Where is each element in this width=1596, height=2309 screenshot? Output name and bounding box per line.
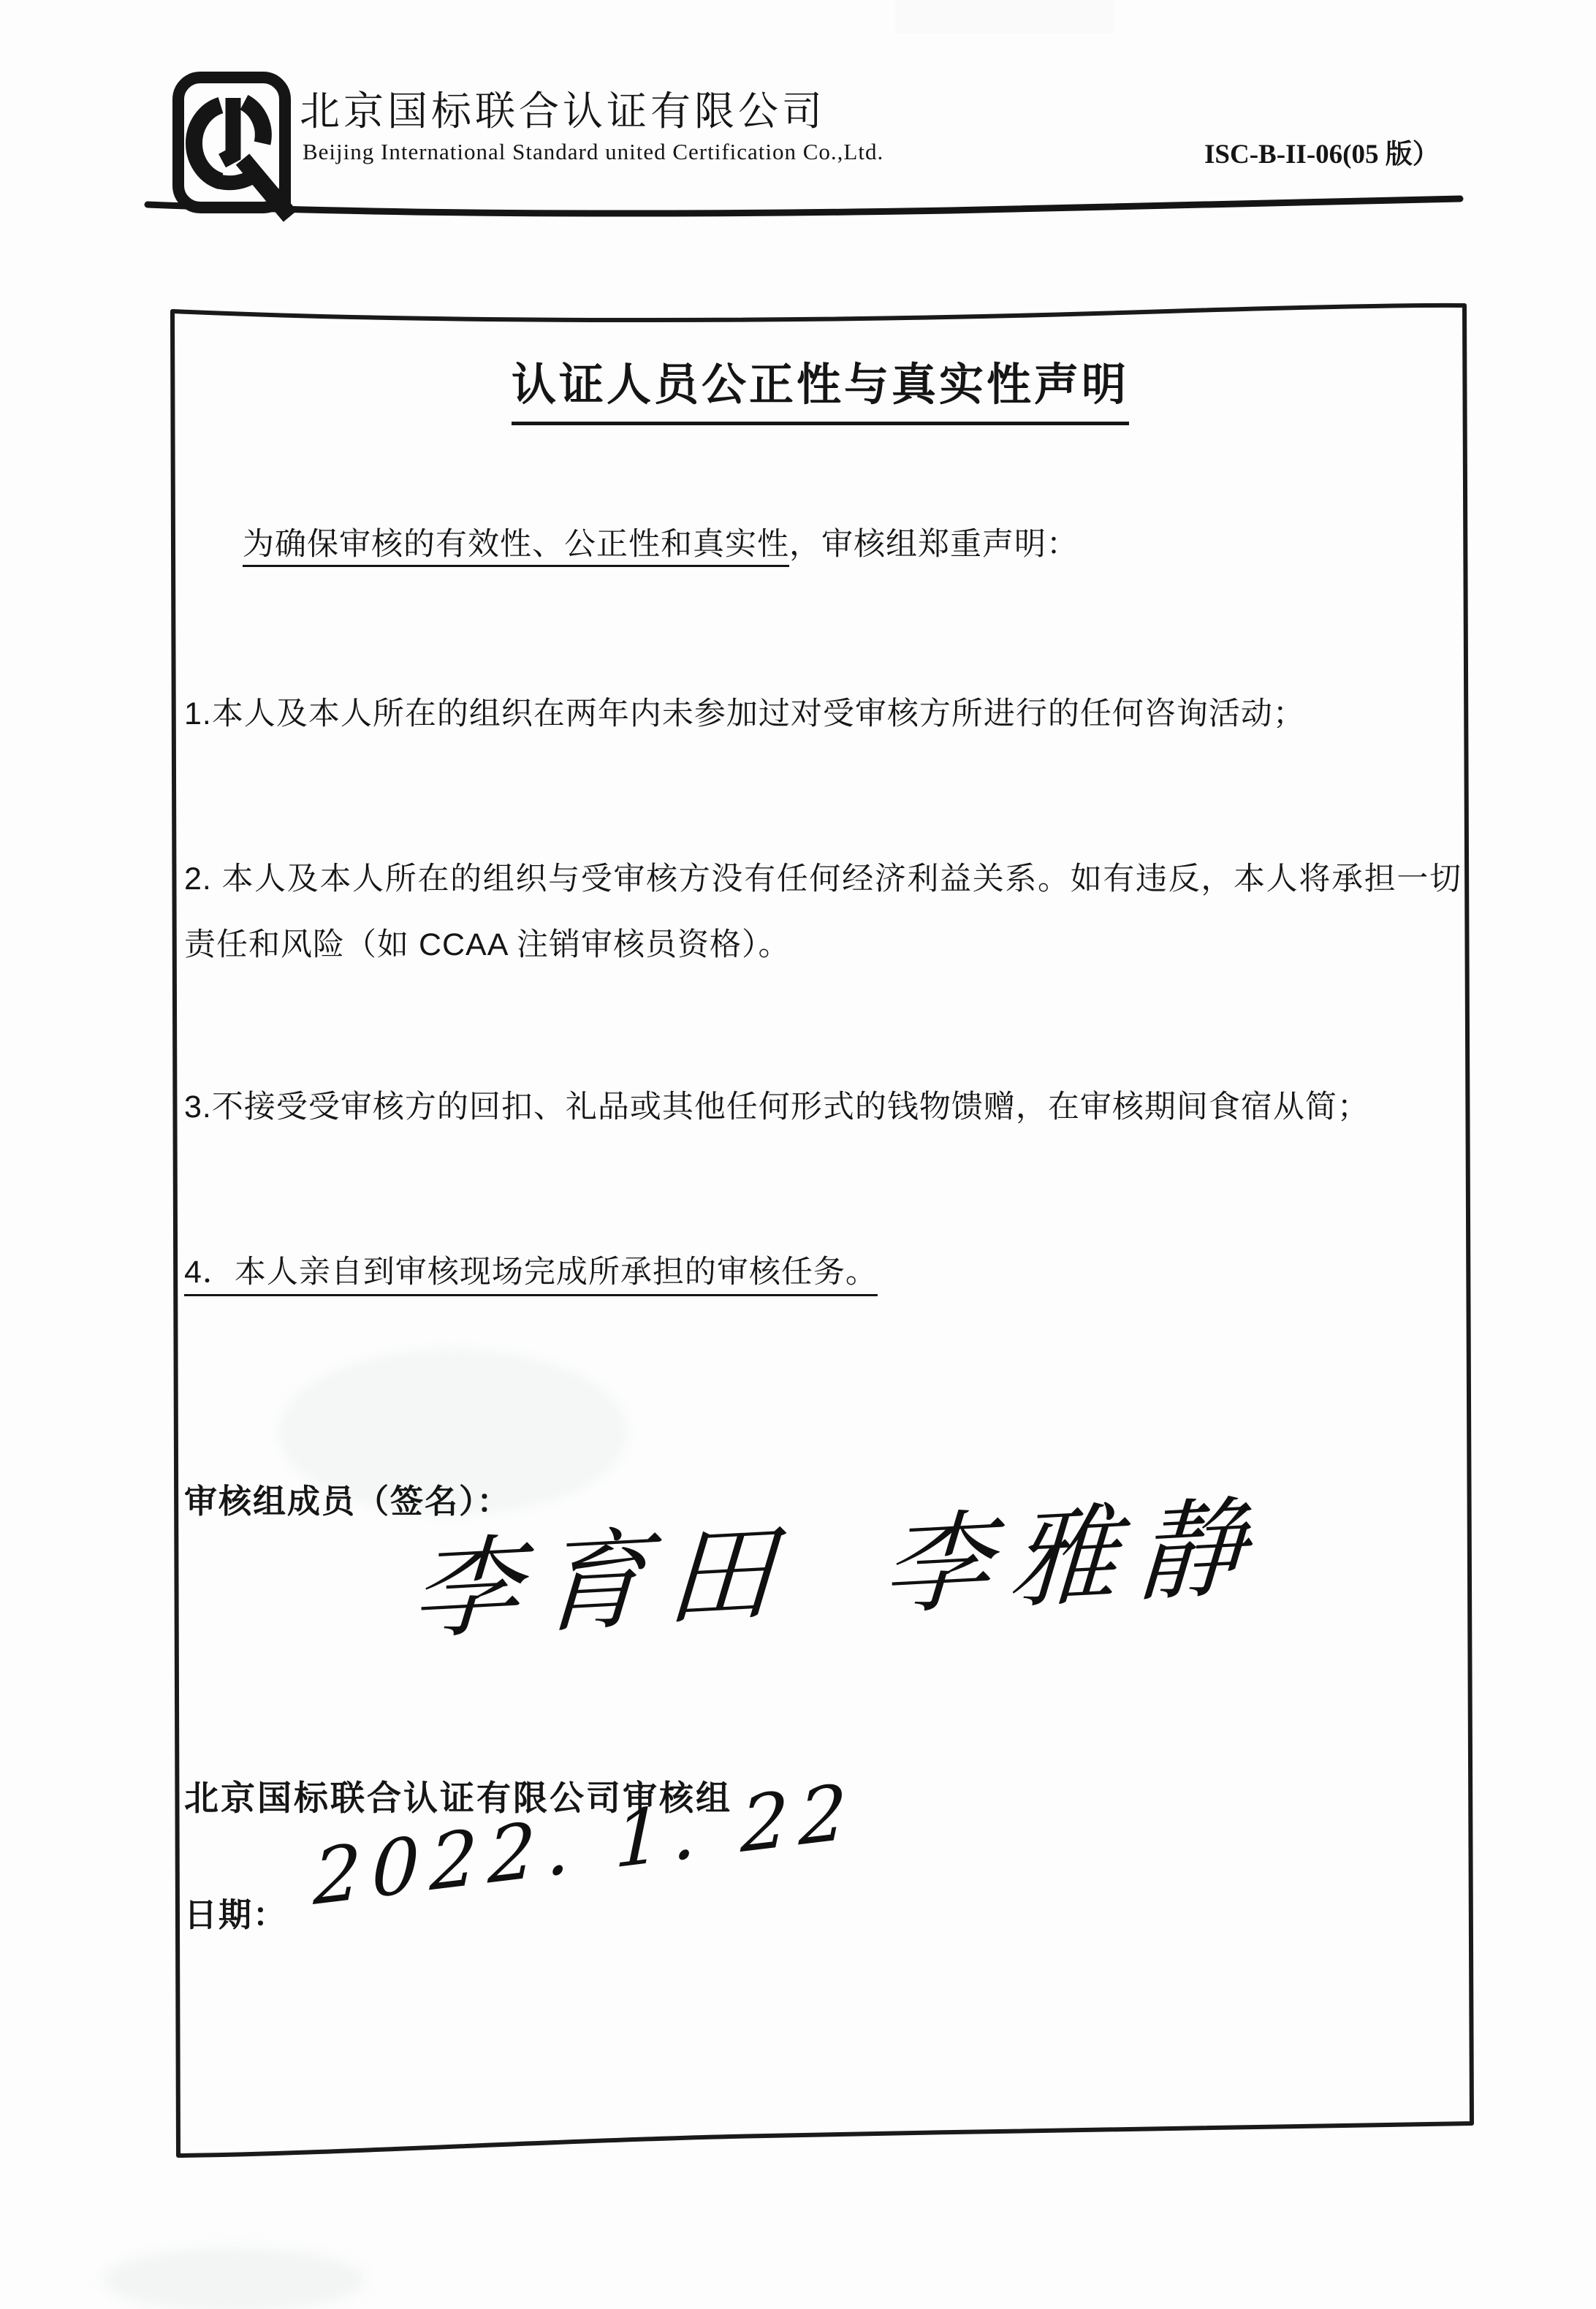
intro-rest-text: ，审核组郑重声明： xyxy=(789,527,1079,562)
scanned-declaration-page: 北京国标联合认证有限公司 Beijing International Stand… xyxy=(0,0,1596,2309)
declaration-intro: 为确保审核的有效性、公正性和真实性，审核组郑重声明： xyxy=(243,511,1079,577)
declaration-item-2: 2. 本人及本人所在的组织与受审核方没有任何经济利益关系。如有违反，本人将承担一… xyxy=(184,846,1462,978)
declaration-item-4: 4．本人亲自到审核现场完成所承担的审核任务。 xyxy=(184,1239,878,1305)
declaration-item-1: 1.本人及本人所在的组织在两年内未参加过对受审核方所进行的任何咨询活动； xyxy=(184,681,1305,747)
declaration-frame xyxy=(0,0,1596,2309)
intro-underlined-text: 为确保审核的有效性、公正性和真实性 xyxy=(243,527,789,562)
date-label: 日期： xyxy=(184,1888,287,1936)
declaration-item-3: 3.不接受受审核方的回扣、礼品或其他任何形式的钱物馈赠，在审核期间食宿从简； xyxy=(184,1074,1369,1140)
declaration-title: 认证人员公正性与真实性声明 xyxy=(512,349,1129,425)
